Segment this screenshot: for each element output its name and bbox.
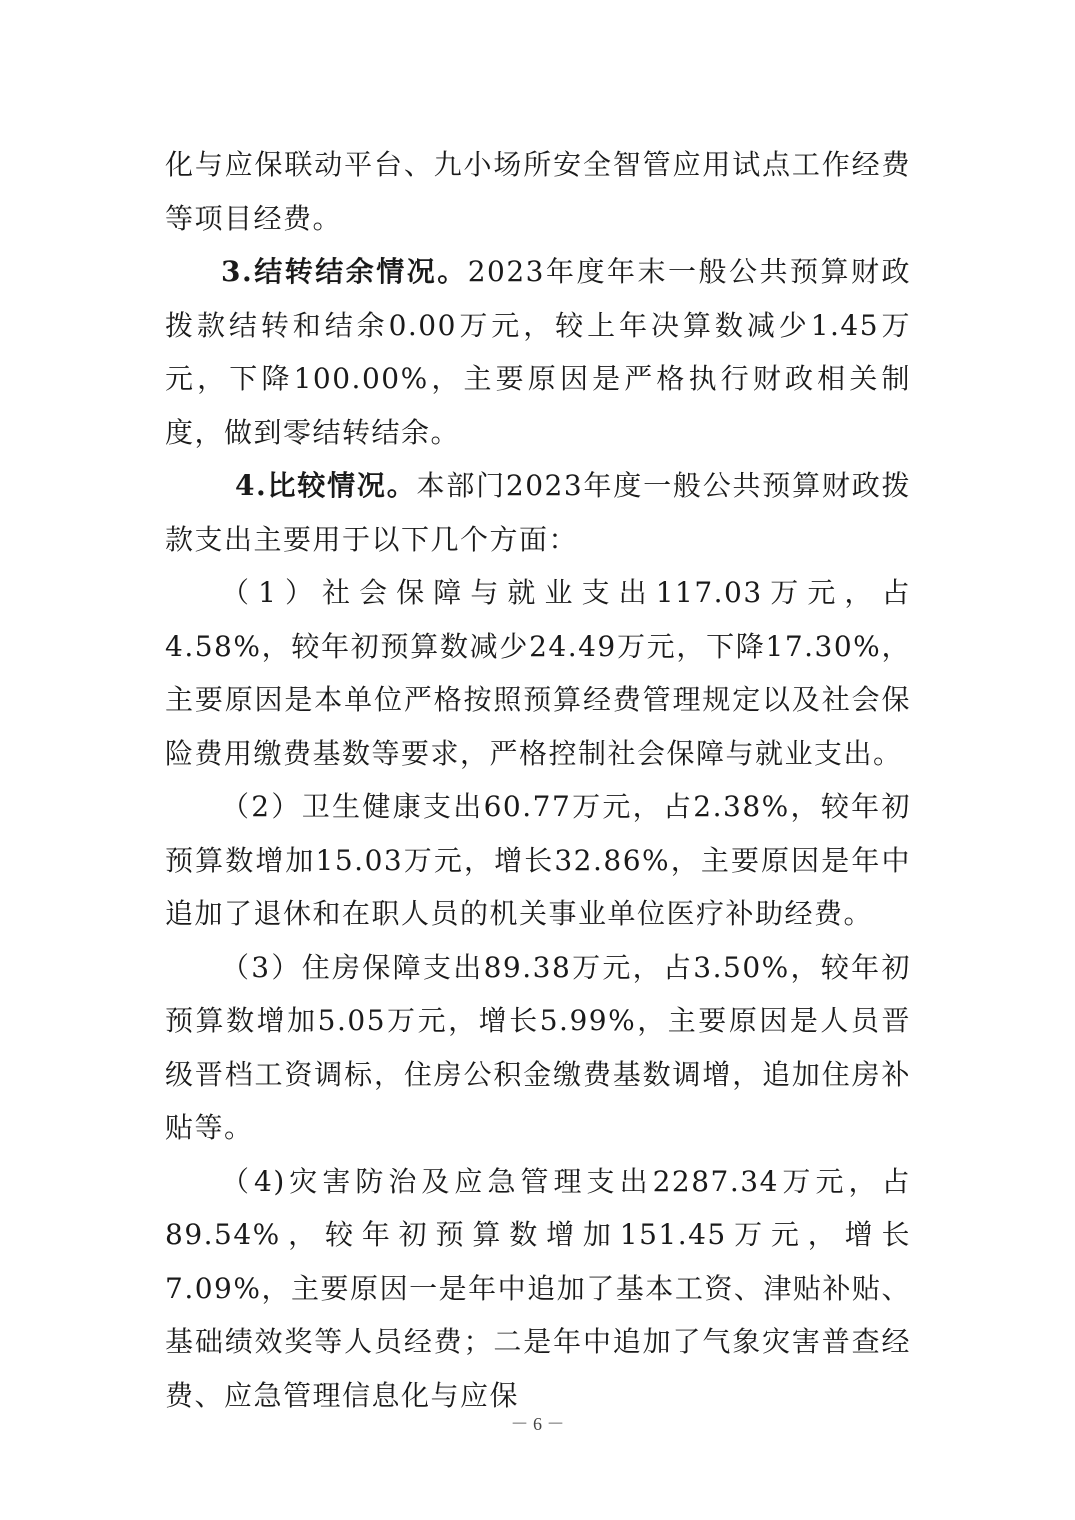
paragraph-item-health: （2）卫生健康支出60.77万元，占2.38%，较年初预算数增加15.03万元，…: [165, 780, 911, 941]
paragraph-item-disaster-emergency: （4)灾害防治及应急管理支出2287.34万元，占89.54%，较年初预算数增加…: [165, 1155, 911, 1423]
page-number: － 6 －: [0, 1410, 1075, 1436]
document-page: 化与应保联动平台、九小场所安全智管应用试点工作经费等项目经费。 3.结转结余情况…: [165, 138, 911, 1422]
paragraph-item-housing: （3）住房保障支出89.38万元，占3.50%，较年初预算数增加5.05万元，增…: [165, 941, 911, 1155]
paragraph-item-social-security: （1）社会保障与就业支出117.03万元，占4.58%，较年初预算数减少24.4…: [165, 566, 911, 780]
paragraph-text: （2）卫生健康支出60.77万元，占2.38%，较年初预算数增加15.03万元，…: [165, 790, 911, 930]
paragraph-carryover-surplus: 3.结转结余情况。2023年度年末一般公共预算财政拨款结转和结余0.00万元，较…: [165, 245, 911, 459]
paragraph-comparison: 4.比较情况。本部门2023年度一般公共预算财政拨款支出主要用于以下几个方面：: [165, 459, 911, 566]
paragraph-text: （4)灾害防治及应急管理支出2287.34万元，占89.54%，较年初预算数增加…: [165, 1165, 911, 1412]
section-heading-3: 3.结转结余情况。: [221, 255, 468, 288]
paragraph-text: （1）社会保障与就业支出117.03万元，占4.58%，较年初预算数减少24.4…: [165, 576, 911, 770]
paragraph-text: 化与应保联动平台、九小场所安全智管应用试点工作经费等项目经费。: [165, 148, 911, 235]
paragraph-continued: 化与应保联动平台、九小场所安全智管应用试点工作经费等项目经费。: [165, 138, 911, 245]
paragraph-text: （3）住房保障支出89.38万元，占3.50%，较年初预算数增加5.05万元，增…: [165, 951, 911, 1145]
section-heading-4: 4.比较情况。: [235, 469, 417, 502]
